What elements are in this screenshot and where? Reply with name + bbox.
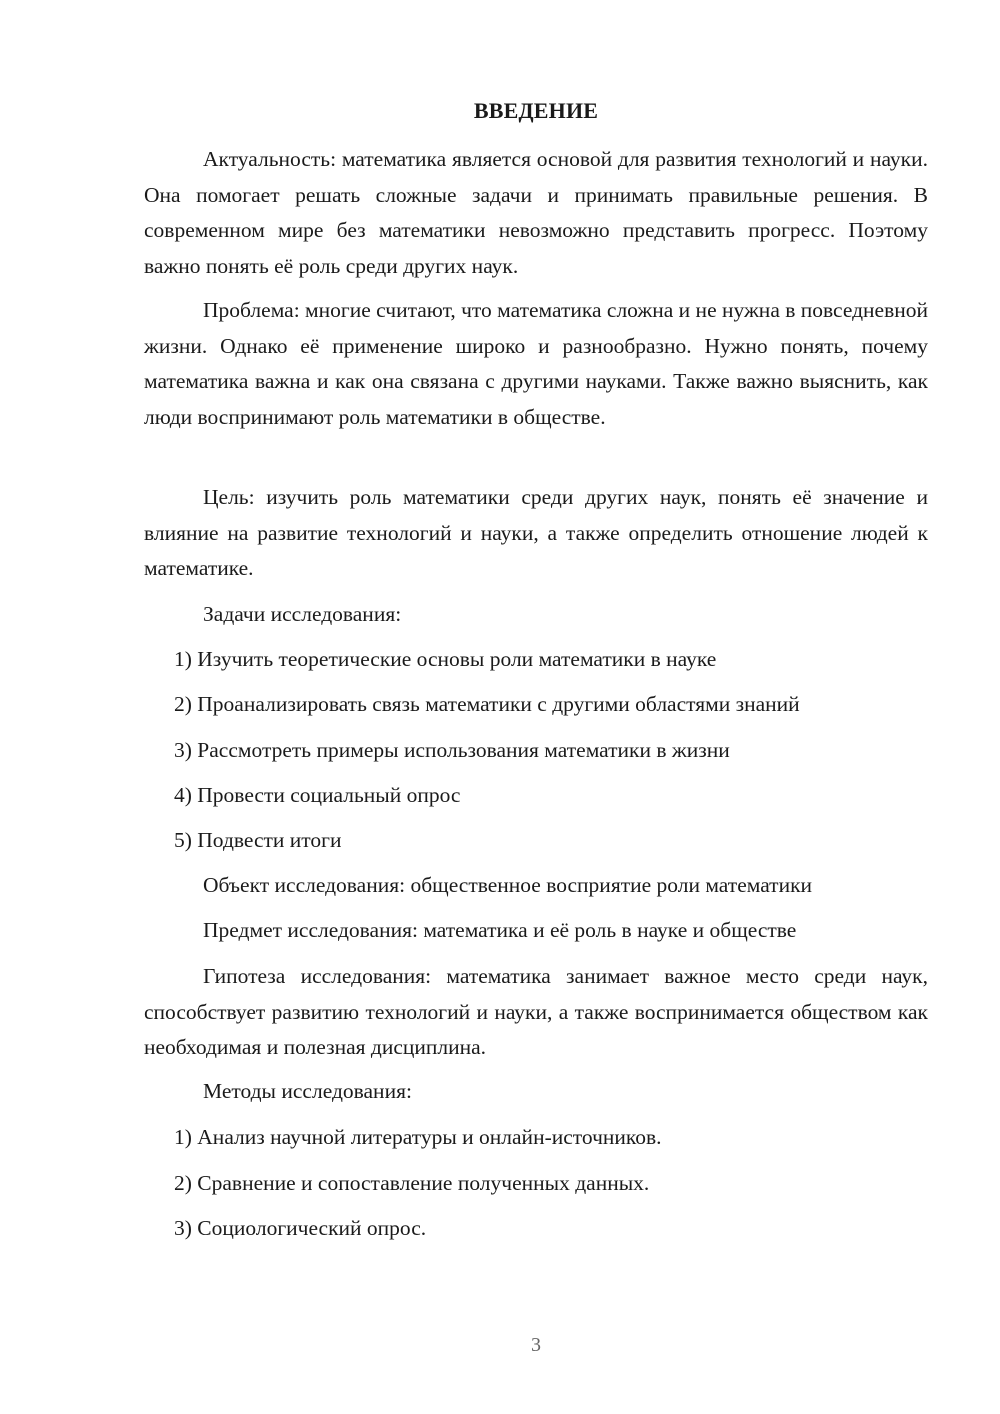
object-block: Объект исследования: общественное воспри… bbox=[144, 868, 928, 904]
document-page: ВВЕДЕНИЕ Актуальность: математика являет… bbox=[0, 0, 1000, 1414]
goal-section: Цель: изучить роль математики среди друг… bbox=[144, 480, 928, 587]
tasks-heading-block: Задачи исследования: bbox=[144, 597, 928, 633]
task-item-3: 3) Рассмотреть примеры использования мат… bbox=[174, 735, 730, 765]
hypothesis-paragraph: Гипотеза исследования: математика занима… bbox=[144, 959, 928, 1066]
research-object: Объект исследования: общественное воспри… bbox=[144, 868, 928, 904]
problem-section: Проблема: многие считают, что математика… bbox=[144, 293, 928, 435]
subject-block: Предмет исследования: математика и её ро… bbox=[144, 913, 928, 949]
task-item-2: 2) Проанализировать связь математики с д… bbox=[174, 689, 800, 719]
problem-paragraph: Проблема: многие считают, что математика… bbox=[144, 293, 928, 435]
relevance-section: Актуальность: математика является осново… bbox=[144, 142, 928, 284]
task-item-4: 4) Провести социальный опрос bbox=[174, 780, 460, 810]
method-item-2: 2) Сравнение и сопоставление полученных … bbox=[174, 1168, 649, 1198]
methods-heading: Методы исследования: bbox=[144, 1074, 928, 1110]
task-item-1: 1) Изучить теоретические основы роли мат… bbox=[174, 644, 716, 674]
research-subject: Предмет исследования: математика и её ро… bbox=[144, 913, 928, 949]
goal-paragraph: Цель: изучить роль математики среди друг… bbox=[144, 480, 928, 587]
page-number: 3 bbox=[0, 1334, 1000, 1357]
tasks-heading: Задачи исследования: bbox=[144, 597, 928, 633]
page-title: ВВЕДЕНИЕ bbox=[0, 96, 1000, 126]
hypothesis-section: Гипотеза исследования: математика занима… bbox=[144, 959, 928, 1066]
method-item-3: 3) Социологический опрос. bbox=[174, 1213, 426, 1243]
task-item-5: 5) Подвести итоги bbox=[174, 825, 342, 855]
methods-heading-block: Методы исследования: bbox=[144, 1074, 928, 1110]
relevance-paragraph: Актуальность: математика является осново… bbox=[144, 142, 928, 284]
method-item-1: 1) Анализ научной литературы и онлайн-ис… bbox=[174, 1122, 662, 1152]
